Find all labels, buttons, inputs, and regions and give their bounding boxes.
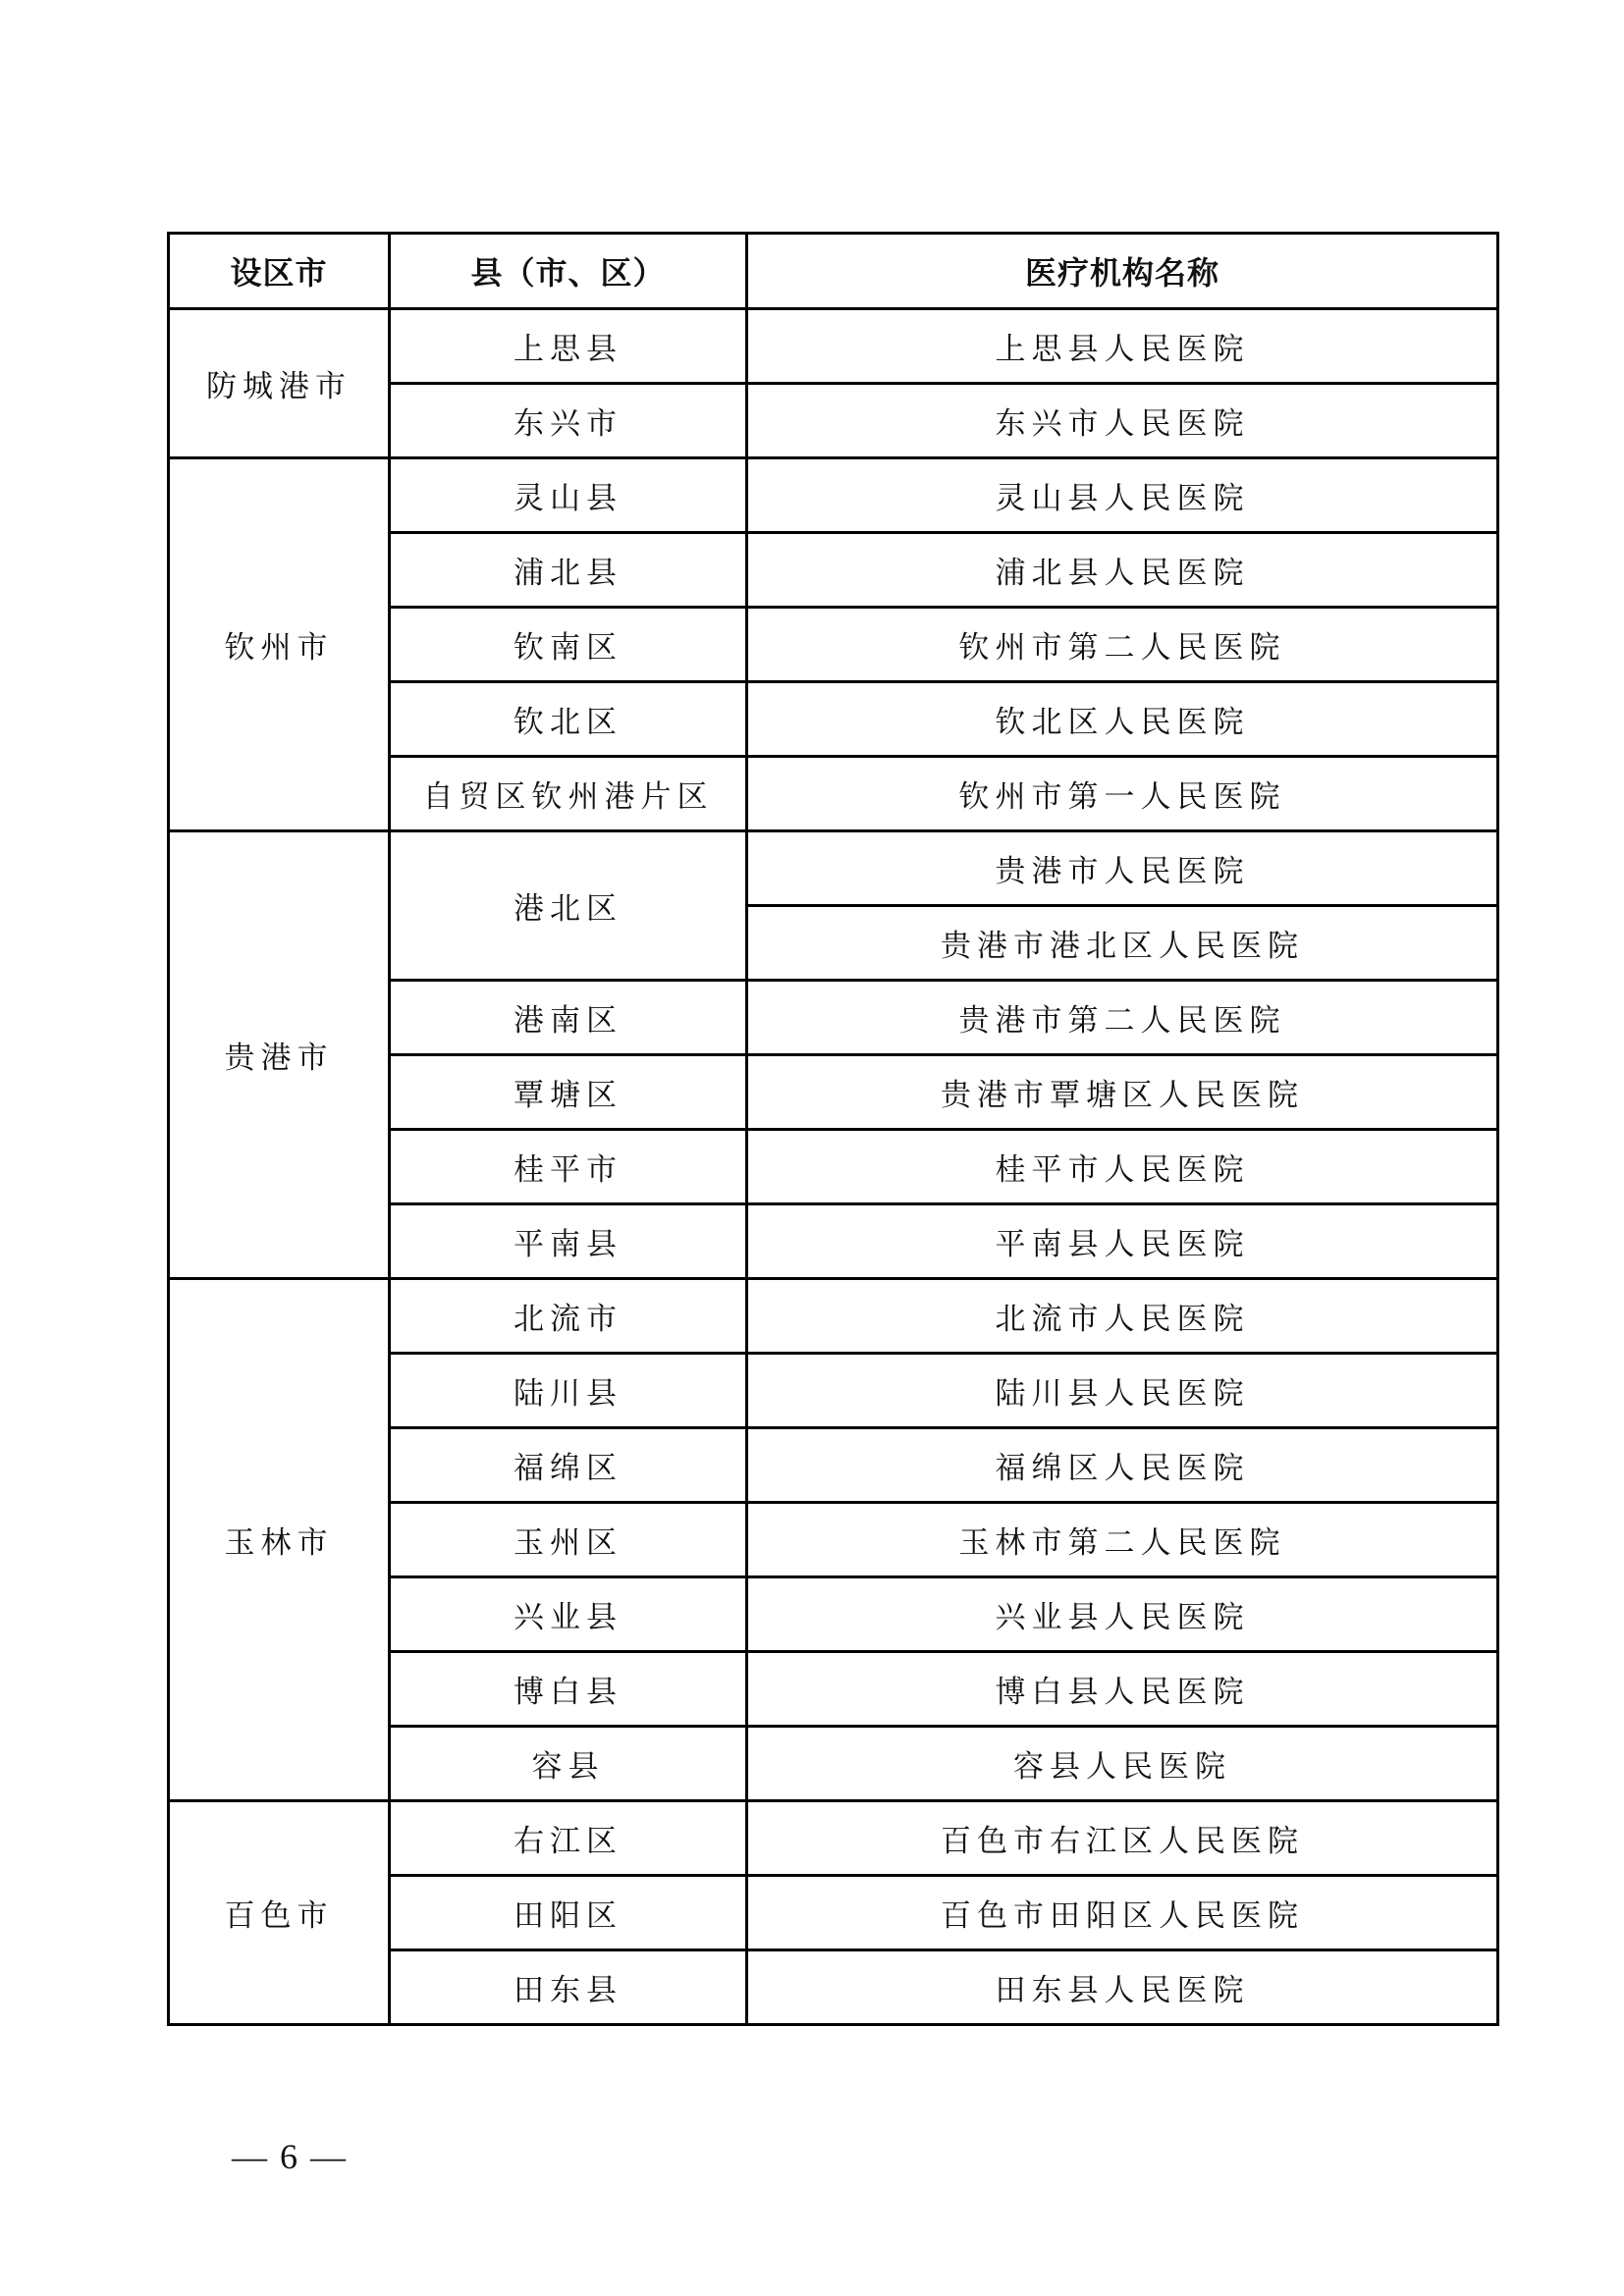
table-row: 百色市右江区百色市右江区人民医院 xyxy=(169,1801,1498,1876)
cell-institution: 灵山县人民医院 xyxy=(747,458,1498,533)
table-row: 贵港市港北区贵港市人民医院 xyxy=(169,831,1498,906)
cell-county: 港北区 xyxy=(390,831,747,981)
cell-county: 自贸区钦州港片区 xyxy=(390,757,747,831)
cell-county: 浦北县 xyxy=(390,533,747,608)
header-institution: 医疗机构名称 xyxy=(747,234,1498,309)
cell-county: 上思县 xyxy=(390,309,747,384)
table-row: 钦州市灵山县灵山县人民医院 xyxy=(169,458,1498,533)
cell-county: 东兴市 xyxy=(390,384,747,458)
cell-institution: 钦州市第一人民医院 xyxy=(747,757,1498,831)
cell-county: 容县 xyxy=(390,1727,747,1801)
cell-institution: 平南县人民医院 xyxy=(747,1204,1498,1279)
cell-institution: 贵港市港北区人民医院 xyxy=(747,906,1498,981)
cell-institution: 百色市田阳区人民医院 xyxy=(747,1876,1498,1950)
cell-city: 钦州市 xyxy=(169,458,390,831)
cell-institution: 贵港市人民医院 xyxy=(747,831,1498,906)
cell-city: 玉林市 xyxy=(169,1279,390,1801)
cell-institution: 兴业县人民医院 xyxy=(747,1577,1498,1652)
cell-institution: 容县人民医院 xyxy=(747,1727,1498,1801)
hospital-list-table: 设区市 县（市、区） 医疗机构名称 防城港市上思县上思县人民医院东兴市东兴市人民… xyxy=(167,232,1499,2026)
cell-county: 右江区 xyxy=(390,1801,747,1876)
cell-county: 田阳区 xyxy=(390,1876,747,1950)
cell-institution: 田东县人民医院 xyxy=(747,1950,1498,2025)
cell-county: 福绵区 xyxy=(390,1428,747,1503)
cell-county: 博白县 xyxy=(390,1652,747,1727)
page-number: — 6 — xyxy=(232,2136,348,2177)
header-city: 设区市 xyxy=(169,234,390,309)
cell-institution: 北流市人民医院 xyxy=(747,1279,1498,1354)
cell-institution: 东兴市人民医院 xyxy=(747,384,1498,458)
cell-institution: 桂平市人民医院 xyxy=(747,1130,1498,1204)
cell-city: 防城港市 xyxy=(169,309,390,458)
cell-institution: 上思县人民医院 xyxy=(747,309,1498,384)
cell-institution: 博白县人民医院 xyxy=(747,1652,1498,1727)
cell-institution: 福绵区人民医院 xyxy=(747,1428,1498,1503)
cell-city: 百色市 xyxy=(169,1801,390,2025)
cell-city: 贵港市 xyxy=(169,831,390,1279)
cell-county: 陆川县 xyxy=(390,1354,747,1428)
cell-county: 港南区 xyxy=(390,981,747,1055)
cell-institution: 百色市右江区人民医院 xyxy=(747,1801,1498,1876)
cell-county: 北流市 xyxy=(390,1279,747,1354)
cell-institution: 陆川县人民医院 xyxy=(747,1354,1498,1428)
table-header-row: 设区市 县（市、区） 医疗机构名称 xyxy=(169,234,1498,309)
cell-county: 桂平市 xyxy=(390,1130,747,1204)
cell-county: 覃塘区 xyxy=(390,1055,747,1130)
cell-county: 田东县 xyxy=(390,1950,747,2025)
header-county: 县（市、区） xyxy=(390,234,747,309)
cell-county: 兴业县 xyxy=(390,1577,747,1652)
table-body: 防城港市上思县上思县人民医院东兴市东兴市人民医院钦州市灵山县灵山县人民医院浦北县… xyxy=(169,309,1498,2025)
cell-county: 玉州区 xyxy=(390,1503,747,1577)
cell-county: 灵山县 xyxy=(390,458,747,533)
cell-county: 钦北区 xyxy=(390,682,747,757)
cell-institution: 浦北县人民医院 xyxy=(747,533,1498,608)
cell-institution: 贵港市覃塘区人民医院 xyxy=(747,1055,1498,1130)
cell-institution: 贵港市第二人民医院 xyxy=(747,981,1498,1055)
cell-county: 钦南区 xyxy=(390,608,747,682)
cell-county: 平南县 xyxy=(390,1204,747,1279)
table-row: 玉林市北流市北流市人民医院 xyxy=(169,1279,1498,1354)
cell-institution: 玉林市第二人民医院 xyxy=(747,1503,1498,1577)
table-row: 防城港市上思县上思县人民医院 xyxy=(169,309,1498,384)
cell-institution: 钦北区人民医院 xyxy=(747,682,1498,757)
cell-institution: 钦州市第二人民医院 xyxy=(747,608,1498,682)
